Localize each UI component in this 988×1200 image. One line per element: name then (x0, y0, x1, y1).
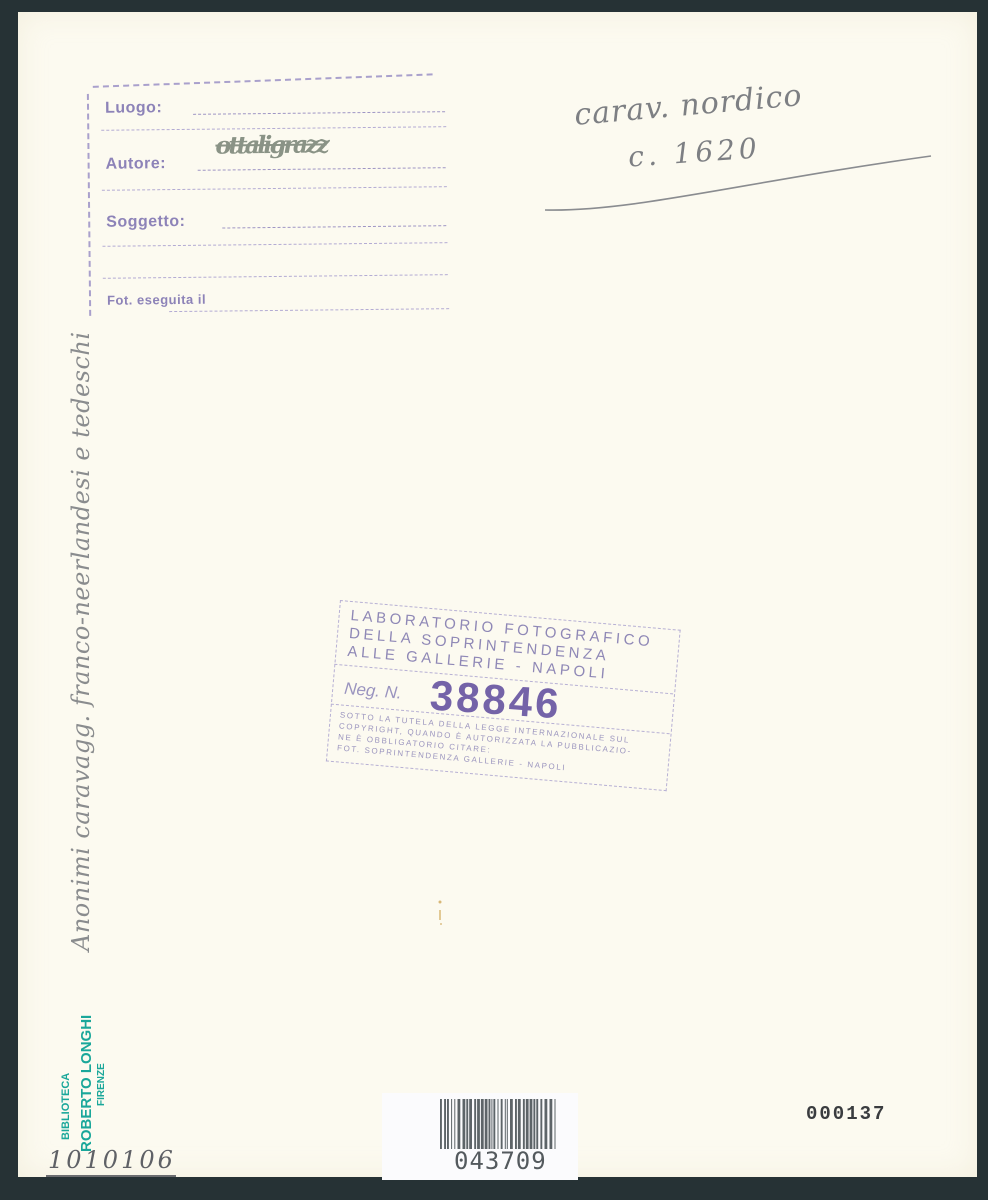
pencil-note-attribution: carav. nordico (573, 78, 804, 133)
library-stamp-line: FIRENZE (96, 1063, 107, 1106)
photo-verso-paper: Luogo: Autore: ottaligrazz Soggetto: Fot… (18, 12, 977, 1177)
separator (102, 242, 447, 247)
negative-number-stamp: LABORATORIO FOTOGRAFICO DELLA SOPRINTEND… (326, 600, 685, 790)
field-fot-eseguita: Fot. eseguita il (107, 278, 457, 312)
separator (102, 186, 447, 191)
stamp-border (93, 73, 433, 87)
field-label: Fot. eseguita il (107, 292, 206, 308)
serial-number: 000137 (806, 1103, 886, 1125)
pencil-note-category: Anonimi caravagg. franco-neerlandesi e t… (67, 261, 95, 951)
field-line (193, 111, 445, 115)
archive-info-stamp: Luogo: Autore: ottaligrazz Soggetto: Fot… (87, 82, 459, 318)
barcode-icon (440, 1099, 558, 1149)
field-label: Autore: (106, 155, 167, 174)
library-ownership-stamp: BIBLIOTECA ROBERTO LONGHI FIRENZE (54, 1002, 124, 1152)
inventory-number: 1010106 (48, 1146, 176, 1174)
field-label: Luogo: (105, 99, 162, 118)
barcode-label: 043709 (382, 1093, 578, 1180)
inventory-underline (46, 1175, 176, 1177)
field-label: Soggetto: (106, 213, 185, 232)
barcode-number: 043709 (454, 1147, 547, 1175)
library-stamp-line: ROBERTO LONGHI (78, 1015, 95, 1152)
library-stamp-line: BIBLIOTECA (60, 1073, 72, 1140)
pencil-underline (543, 152, 933, 222)
field-line (222, 225, 446, 228)
field-soggetto: Soggetto: (106, 202, 456, 236)
field-luogo: Luogo: (105, 88, 455, 122)
paper-stain (428, 892, 458, 942)
crossed-out-author-signature: ottaligrazz (215, 129, 405, 165)
field-line (198, 167, 446, 171)
